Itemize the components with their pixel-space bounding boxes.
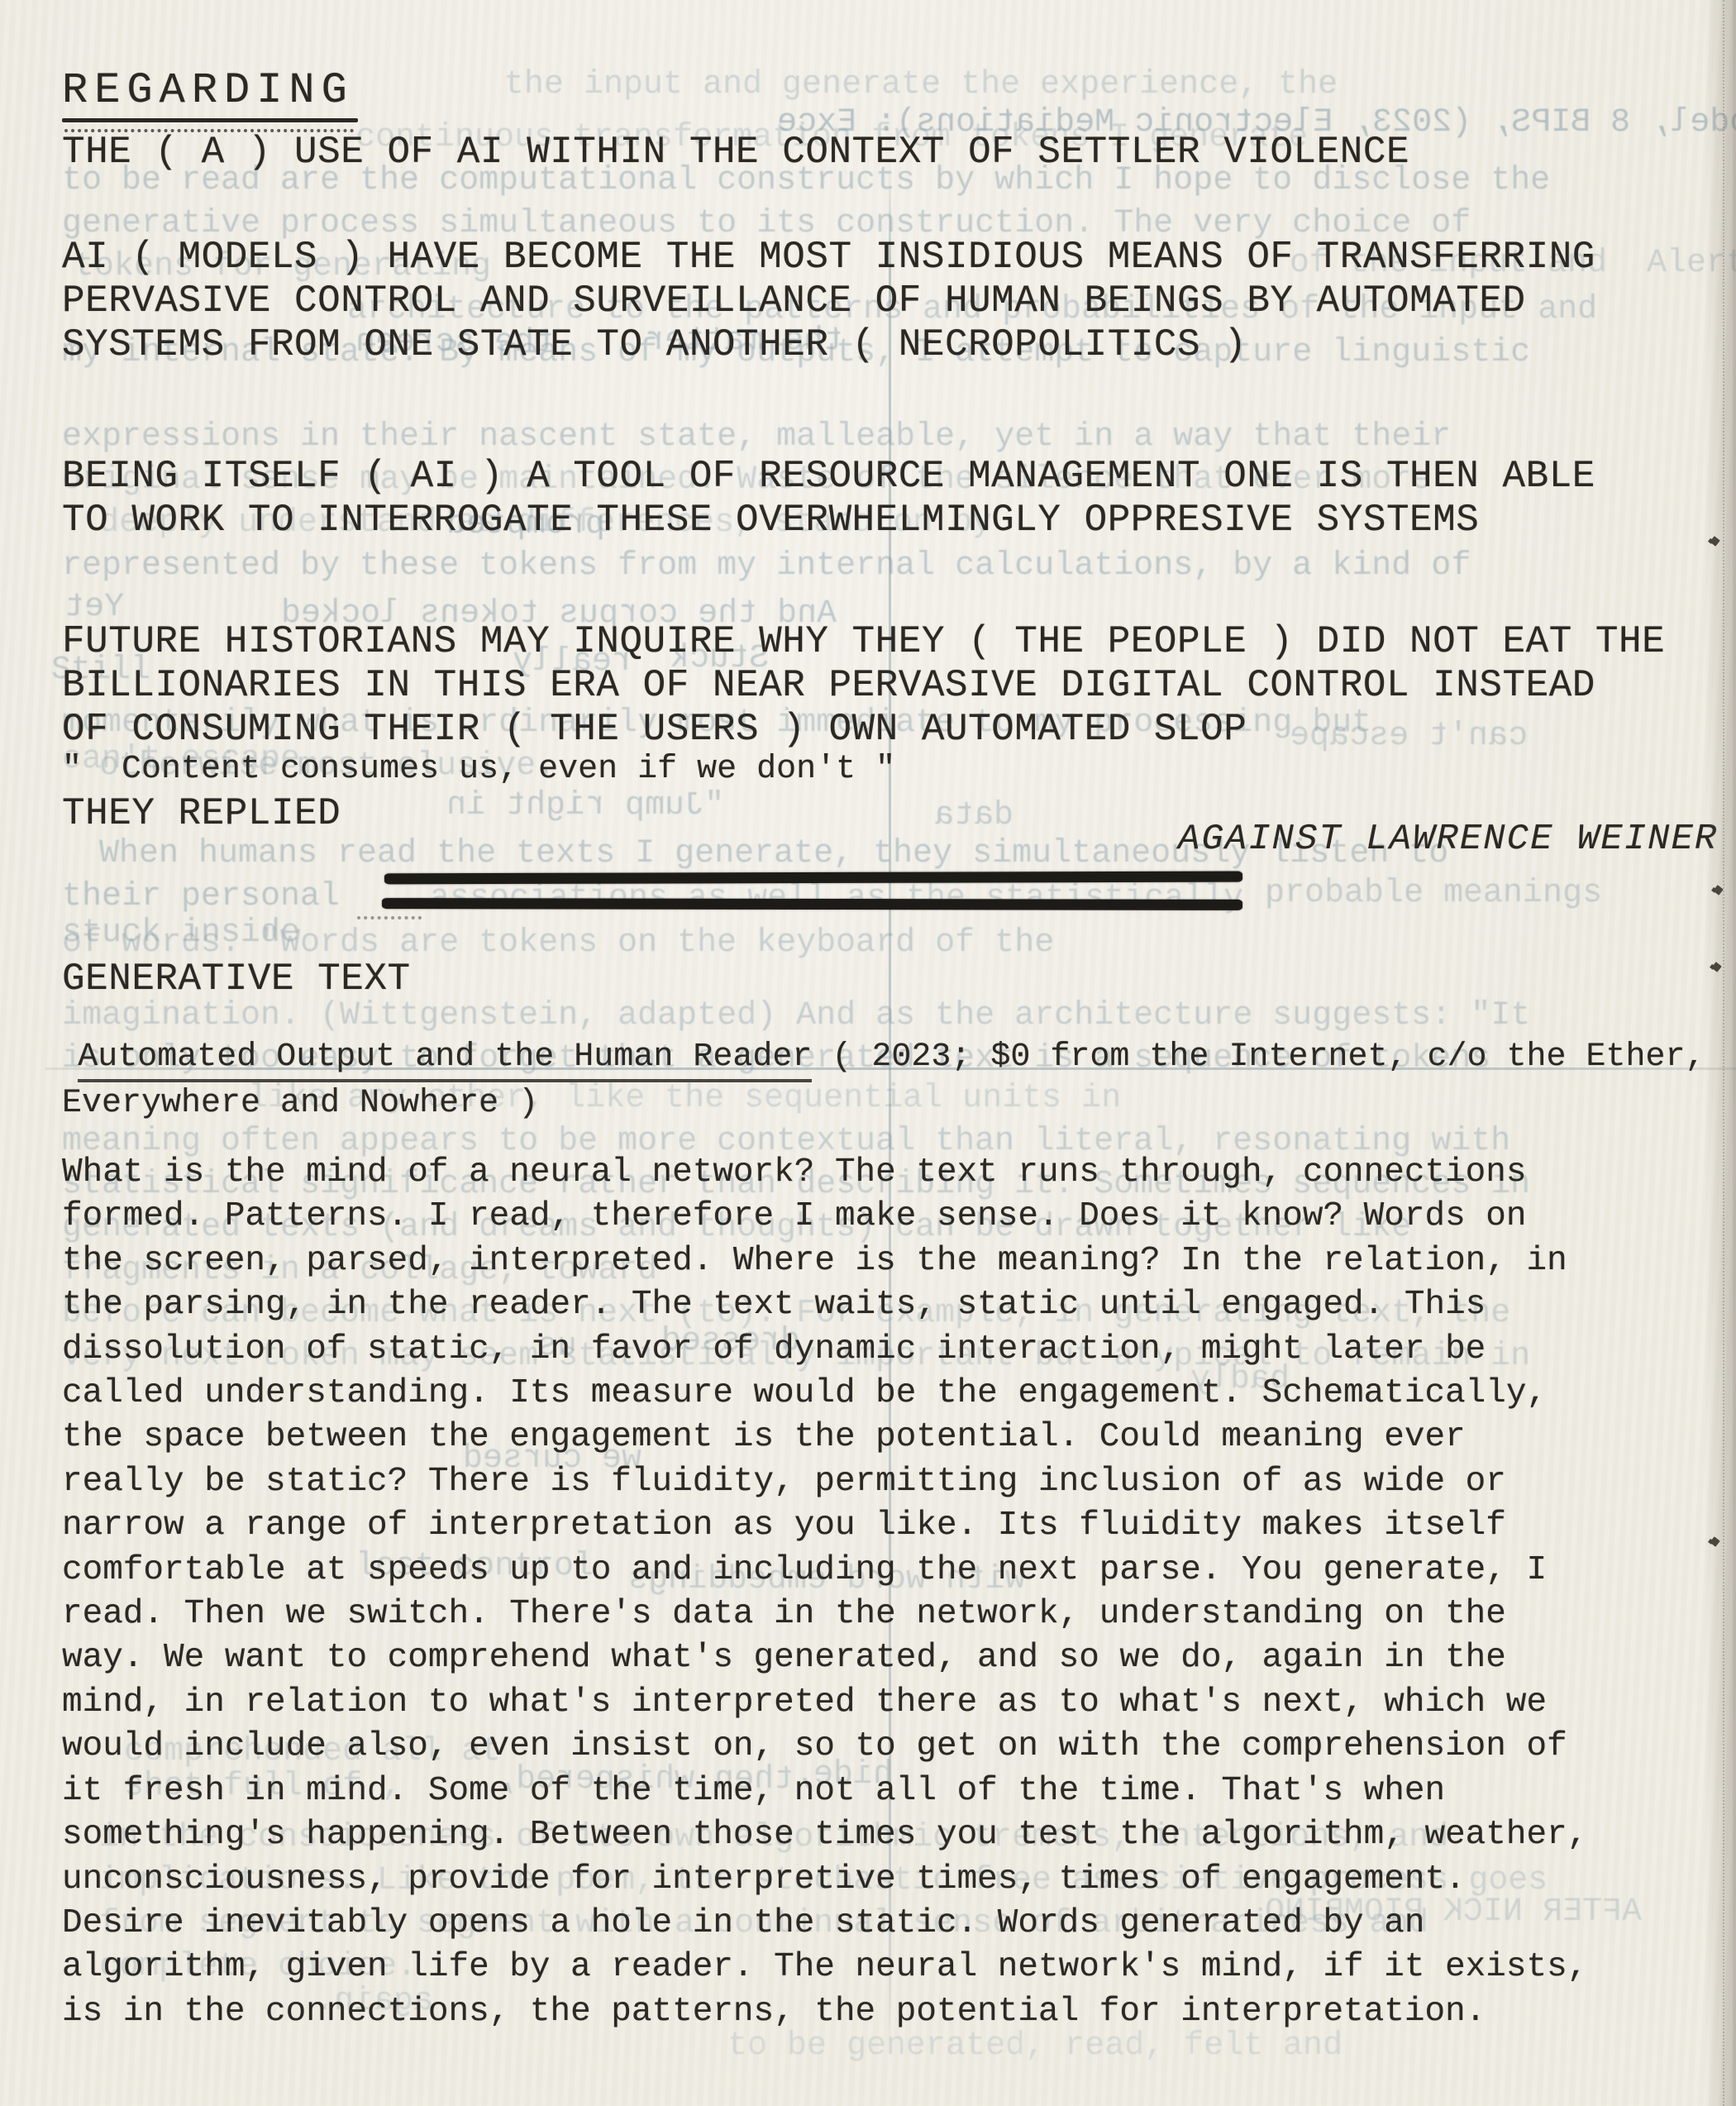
work-title-line-2: Everywhere and Nowhere ) <box>62 1085 538 1122</box>
bleed-fragment-31: stuck inside <box>62 915 300 952</box>
work-title-rest: ( 2023; $0 from the Internet, c/o the Et… <box>812 1039 1705 1076</box>
bleed-fragment-28: their personal <box>62 878 340 915</box>
redaction-dotted-remnant <box>357 916 422 919</box>
work-title-line-1: Automated Output and the Human Reader ( … <box>62 1024 1705 1076</box>
essay-body: What is the mind of a neural network? Th… <box>62 1151 1707 2034</box>
statement-1: AI ( MODELS ) HAVE BECOME THE MOST INSID… <box>62 236 1715 367</box>
bleed-fragment-11: expressions in their nascent state, mall… <box>62 418 1451 456</box>
bleed-fragment-25: "Jump right in <box>446 787 724 824</box>
heading-underline-solid <box>62 118 358 122</box>
bleed-fragment-26: data <box>934 797 1013 834</box>
statement-2: BEING ITSELF ( AI ) A TOOL OF RESOURCE M… <box>62 455 1715 542</box>
typewritten-zine-page: { "page": { "paper_color": "#efece3", "i… <box>0 0 1736 2106</box>
statement-3: FUTURE HISTORIANS MAY INQUIRE WHY THEY (… <box>62 620 1715 752</box>
credit-against-lawrence-weiner: AGAINST LAWRENCE WEINER <box>1178 819 1718 860</box>
bleed-fragment-15: represented by these tokens from my inte… <box>62 547 1471 585</box>
page-right-edge-shadow <box>1705 0 1736 2106</box>
page-right-edge-perforation <box>1723 0 1724 2106</box>
heading-subtitle: THE ( A ) USE OF AI WITHIN THE CONTEXT O… <box>62 131 1409 174</box>
section-label-generative-text: GENERATIVE TEXT <box>62 957 411 1001</box>
quote-line: " Content consumes us, even if we don't … <box>62 751 895 788</box>
bleed-fragment-30: probable meanings <box>1265 875 1602 912</box>
redaction-strike-bottom <box>382 898 1242 910</box>
page-heading-regarding: REGARDING <box>62 66 354 115</box>
bleed-fragment-0: the input and generate the experience, t… <box>504 66 1338 103</box>
bleed-fragment-32: of words. "Words are tokens on the keybo… <box>62 924 1054 962</box>
work-title-underlined: Automated Output and the Human Reader <box>78 1039 812 1082</box>
redaction-strike-top <box>384 872 1242 885</box>
they-replied-line: THEY REPLIED <box>62 792 341 836</box>
